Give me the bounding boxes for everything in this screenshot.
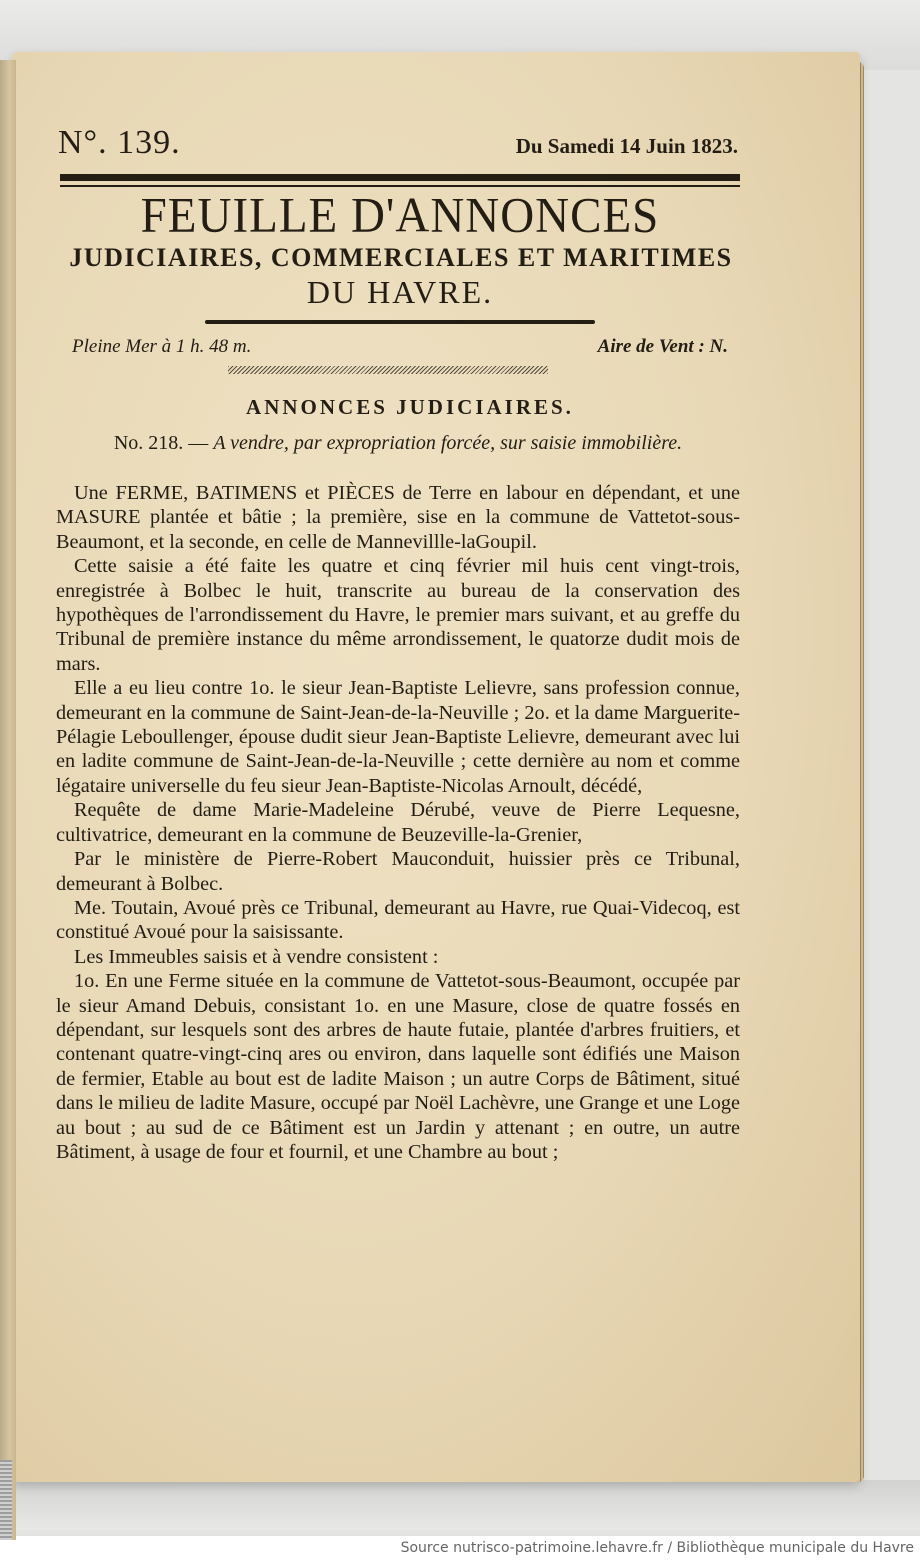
paragraph-property: Une FERME, BATIMENS et PIÈCES de Terre e… [56,481,740,554]
masthead-rule-thick [60,174,740,181]
paragraph-bailiff: Par le ministère de Pierre-Robert Maucon… [56,847,740,896]
book-spine [0,60,16,1540]
title-underline-rule [205,320,595,324]
issue-number: N°. 139. [58,124,181,162]
paragraph-attorney: Me. Toutain, Avoué près ce Tribunal, dem… [56,896,740,945]
source-credit: Source nutrisco-patrimoine.lehavre.fr / … [401,1540,914,1556]
paragraph-seizure: Cette saisie a été faite les quatre et c… [56,554,740,676]
paragraph-farm-description: 1o. En une Ferme située en la commune de… [56,969,740,1164]
section-title: ANNONCES JUDICIAIRES. [60,395,760,420]
masthead-rule-thin [60,185,740,187]
newspaper-city: DU HAVRE. [60,273,740,311]
issue-date: Du Samedi 14 Juin 1823. [516,134,738,159]
spine-binding-cloth [0,1460,12,1540]
ad-heading-text: A vendre, par expropriation forcée, sur … [213,432,682,454]
decorative-wavy-rule [228,366,548,374]
ad-body: Une FERME, BATIMENS et PIÈCES de Terre e… [56,481,740,1164]
ad-number: No. 218. — [114,432,208,454]
ad-heading: No. 218. — A vendre, par expropriation f… [58,432,738,454]
paragraph-debtors: Elle a eu lieu contre 1o. le sieur Jean-… [56,676,740,798]
paragraph-petitioner: Requête de dame Marie-Madeleine Dérubé, … [56,798,740,847]
newspaper-title: FEUILLE D'ANNONCES [60,189,740,244]
wind-info: Aire de Vent : N. [598,336,728,358]
newspaper-subtitle: JUDICIAIRES, COMMERCIALES ET MARITIMES [54,243,748,273]
background-bottom [0,1480,920,1530]
paragraph-properties-intro: Les Immeubles saisis et à vendre consist… [56,945,740,969]
masthead-top: N°. 139. Du Samedi 14 Juin 1823. [58,124,738,164]
tide-info: Pleine Mer à 1 h. 48 m. [72,336,251,358]
